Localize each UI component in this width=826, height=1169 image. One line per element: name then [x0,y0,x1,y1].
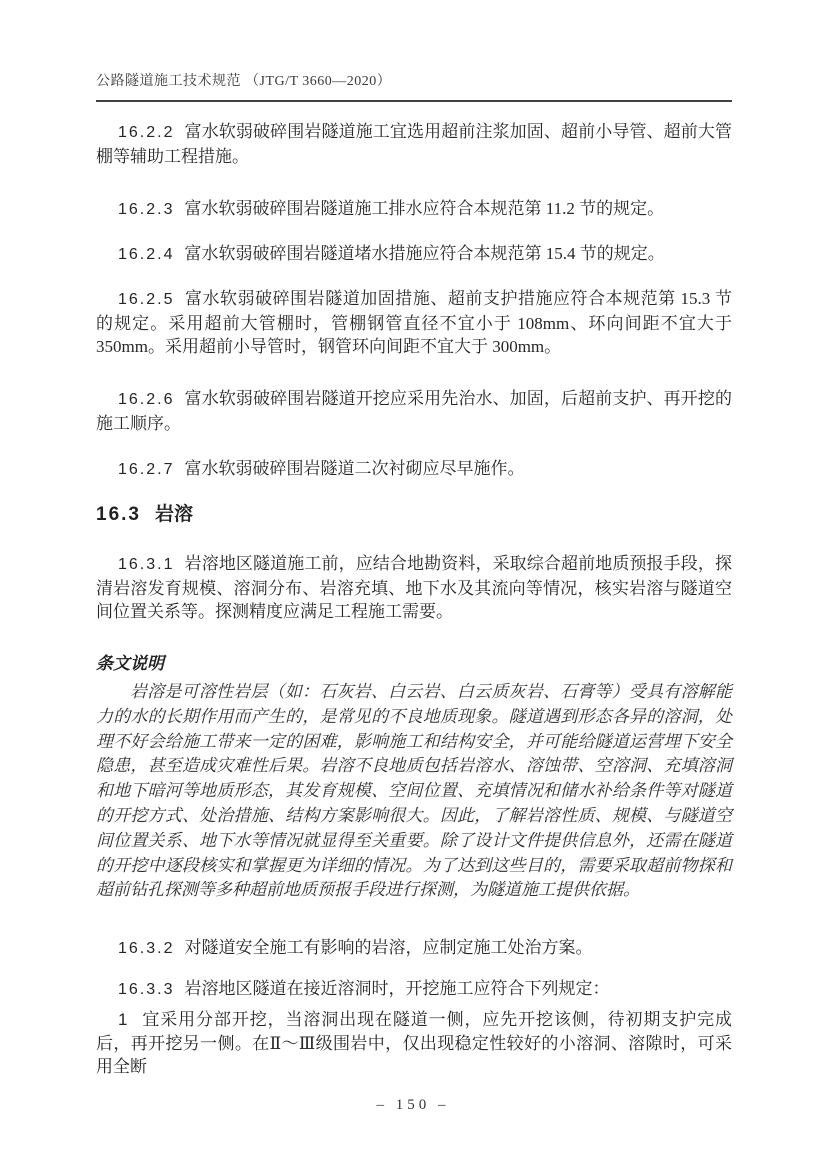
page-number: – 150 – [0,1097,826,1114]
clause-paragraph-16-2-2: 16.2.2富水软弱破碎围岩隧道施工宜选用超前注浆加固、超前小导管、超前大管棚等… [96,120,732,168]
clause-paragraph-16-2-7: 16.2.7富水软弱破碎围岩隧道二次衬砌应尽早施作。 [96,457,732,482]
clause-number: 16.3.3 [118,981,174,998]
clause-text: 富水软弱破碎围岩隧道二次衬砌应尽早施作。 [184,459,524,478]
commentary-heading: 条文说明 [96,649,732,674]
clause-paragraph-16-2-4: 16.2.4富水软弱破碎围岩隧道堵水措施应符合本规范第 15.4 节的规定。 [96,242,732,267]
running-header-title: 公路隧道施工技术规范 （JTG/T 3660—2020） [96,74,391,89]
clause-paragraph-16-3-1: 16.3.1岩溶地区隧道施工前，应结合地勘资料，采取综合超前地质预报手段，探清岩… [96,552,732,624]
clause-text: 富水软弱破碎围岩隧道施工宜选用超前注浆加固、超前小导管、超前大管棚等辅助工程措施… [96,122,732,166]
clause-number: 16.2.3 [118,201,174,218]
running-header: 公路隧道施工技术规范 （JTG/T 3660—2020） [96,70,732,102]
list-item-number: 1 [118,1010,127,1029]
clause-paragraph-16-2-5: 16.2.5富水软弱破碎围岩隧道加固措施、超前支护措施应符合本规范第 15.3 … [96,287,732,359]
clause-text: 岩溶地区隧道在接近溶洞时，开挖施工应符合下列规定： [184,979,609,998]
clause-text: 富水软弱破碎围岩隧道加固措施、超前支护措施应符合本规范第 15.3 节的规定。采… [96,289,732,356]
clause-text: 富水软弱破碎围岩隧道堵水措施应符合本规范第 15.4 节的规定。 [184,244,664,263]
clause-text: 富水软弱破碎围岩隧道施工排水应符合本规范第 11.2 节的规定。 [184,199,664,218]
clause-number: 16.2.6 [118,391,174,408]
clause-number: 16.3.1 [118,556,174,573]
section-number: 16.3 [96,504,141,525]
clause-paragraph-16-3-2: 16.3.2对隧道安全施工有影响的岩溶，应制定施工处治方案。 [96,936,732,961]
list-item-1: 1宜采用分部开挖，当溶洞出现在隧道一侧，应先开挖该侧，待初期支护完成后，再开挖另… [96,1008,732,1079]
clause-paragraph-16-2-3: 16.2.3富水软弱破碎围岩隧道施工排水应符合本规范第 11.2 节的规定。 [96,197,732,222]
section-title: 岩溶 [155,504,193,525]
clause-number: 16.2.2 [118,124,174,141]
section-heading-16-3: 16.3岩溶 [96,499,732,526]
clause-text: 岩溶地区隧道施工前，应结合地勘资料，采取综合超前地质预报手段，探清岩溶发育规模、… [96,554,732,621]
clause-paragraph-16-2-6: 16.2.6富水软弱破碎围岩隧道开挖应采用先治水、加固，后超前支护、再开挖的施工… [96,387,732,435]
document-page: 公路隧道施工技术规范 （JTG/T 3660—2020） 16.2.2富水软弱破… [0,0,826,1169]
clause-number: 16.2.7 [118,461,174,478]
clause-text: 富水软弱破碎围岩隧道开挖应采用先治水、加固，后超前支护、再开挖的施工顺序。 [96,389,732,433]
clause-number: 16.3.2 [118,940,174,957]
clause-number: 16.2.4 [118,246,174,263]
list-item-text: 宜采用分部开挖，当溶洞出现在隧道一侧，应先开挖该侧，待初期支护完成后，再开挖另一… [96,1010,732,1076]
commentary-text: 岩溶是可溶性岩层（如：石灰岩、白云岩、白云质灰岩、石膏等）受具有溶解能力的水的长… [96,680,732,903]
clause-paragraph-16-3-3: 16.3.3岩溶地区隧道在接近溶洞时，开挖施工应符合下列规定： [96,977,732,1002]
clause-number: 16.2.5 [118,291,174,308]
clause-text: 对隧道安全施工有影响的岩溶，应制定施工处治方案。 [184,938,592,957]
